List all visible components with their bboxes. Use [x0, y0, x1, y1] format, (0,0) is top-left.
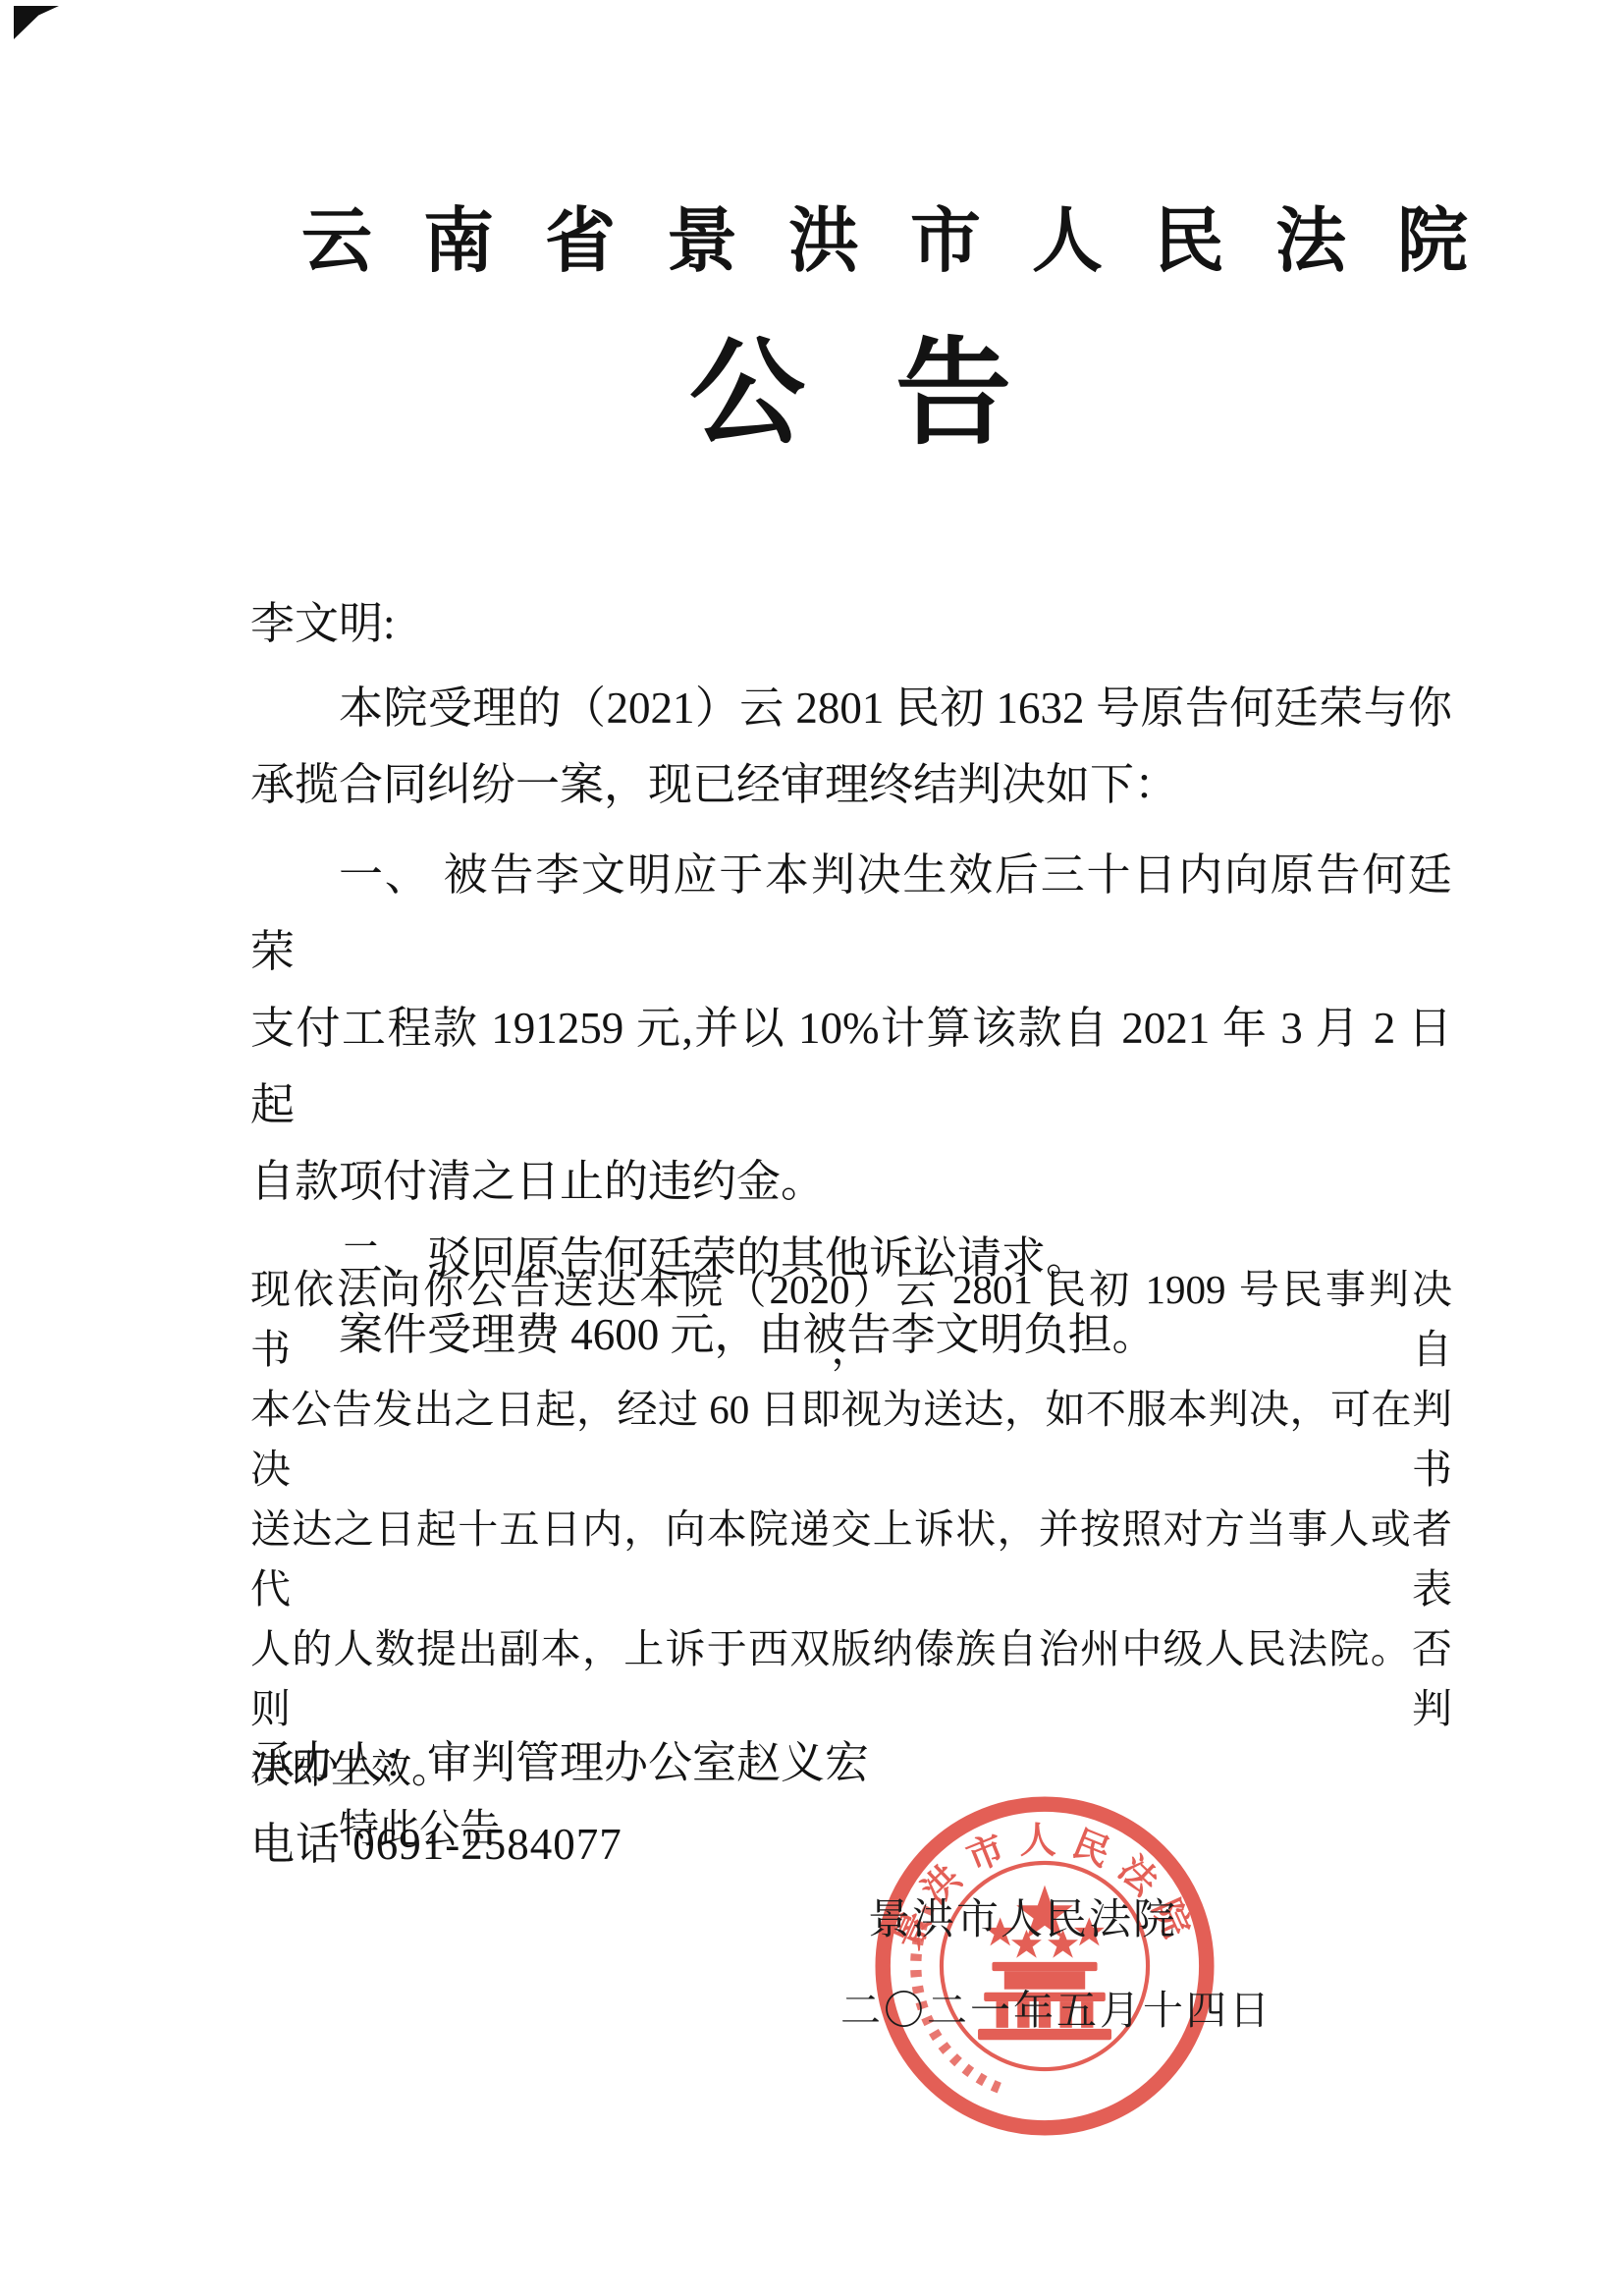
signature-court-name: 景洪市人民法院	[868, 1886, 1177, 1946]
court-red-seal: 景洪市人民法院	[842, 1764, 1247, 2168]
handler-info: 承办人：审判管理办公室赵义宏	[250, 1734, 869, 1791]
paragraph-ruling-1: 一、 被告李文明应于本判决生效后三十日内向原告何廷荣 支付工程款 191259 …	[250, 837, 1452, 1220]
salutation: 李文明:	[250, 585, 1452, 662]
court-title: 云南省景洪市人民法院	[250, 200, 1450, 283]
body-line: 一、 被告李文明应于本判决生效后三十日内向原告何廷荣	[250, 837, 1452, 990]
notice-line: 送达之日起十五日内，向本院递交上诉状，并按照对方当事人或者代表	[250, 1500, 1452, 1619]
court-announcement-document: 云南省景洪市人民法院 公告 李文明: 本院受理的（2021）云 2801 民初 …	[0, 0, 1623, 2296]
body-line: 支付工程款 191259 元,并以 10%计算该款自 2021 年 3 月 2 …	[250, 990, 1452, 1143]
notice-line: 人的人数提出副本，上诉于西双版纳傣族自治州中级人民法院。否则判	[250, 1619, 1452, 1739]
body-line: 本院受理的（2021）云 2801 民初 1632 号原告何廷荣与你	[250, 670, 1452, 746]
body-line: 自款项付清之日止的违约金。	[250, 1143, 1452, 1220]
signature-date: 二〇二一年五月十四日	[840, 1978, 1272, 2036]
paragraph-case-intro: 本院受理的（2021）云 2801 民初 1632 号原告何廷荣与你 承揽合同纠…	[250, 670, 1452, 823]
scan-corner-artifact	[14, 6, 59, 39]
body-line: 承揽合同纠纷一案，现已经审理终结判决如下：	[250, 746, 1452, 823]
document-title: 公告	[250, 332, 1450, 458]
phone-info: 电话 0691-2584077	[250, 1816, 622, 1873]
notice-line: 本公告发出之日起，经过 60 日即视为送达，如不服本判决，可在判决书	[250, 1380, 1452, 1500]
judgment-body: 李文明: 本院受理的（2021）云 2801 民初 1632 号原告何廷荣与你 …	[250, 585, 1452, 1373]
notice-line: 现依法向你公告送达本院（2020）云 2801 民初 1909 号民事判决书，自	[250, 1260, 1452, 1380]
